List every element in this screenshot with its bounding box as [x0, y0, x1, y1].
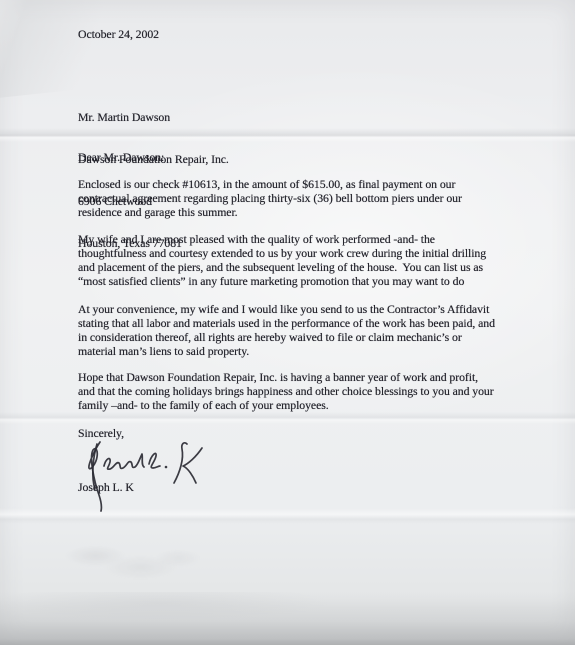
paragraph-affidavit: At your convenience, my wife and I would… — [78, 302, 495, 358]
paper-fold-crease-middle — [0, 412, 575, 424]
recipient-name: Mr. Martin Dawson — [78, 110, 229, 124]
salutation: Dear Mr. Dawson: — [78, 150, 164, 164]
ink-bleedthrough-smudge — [58, 542, 208, 588]
paragraph-wishes: Hope that Dawson Foundation Repair, Inc.… — [78, 370, 494, 412]
typed-signature-name: Joseph L. K — [78, 480, 134, 494]
paragraph-payment: Enclosed is our check #10613, in the amo… — [78, 177, 462, 219]
scanned-letter: October 24, 2002 Mr. Martin Dawson Dawso… — [0, 0, 575, 645]
handwritten-signature — [80, 437, 206, 517]
paragraph-quality: My wife and I are most pleased with the … — [78, 232, 486, 288]
paper-bottom-shadow — [0, 592, 575, 645]
letter-date: October 24, 2002 — [78, 27, 159, 41]
